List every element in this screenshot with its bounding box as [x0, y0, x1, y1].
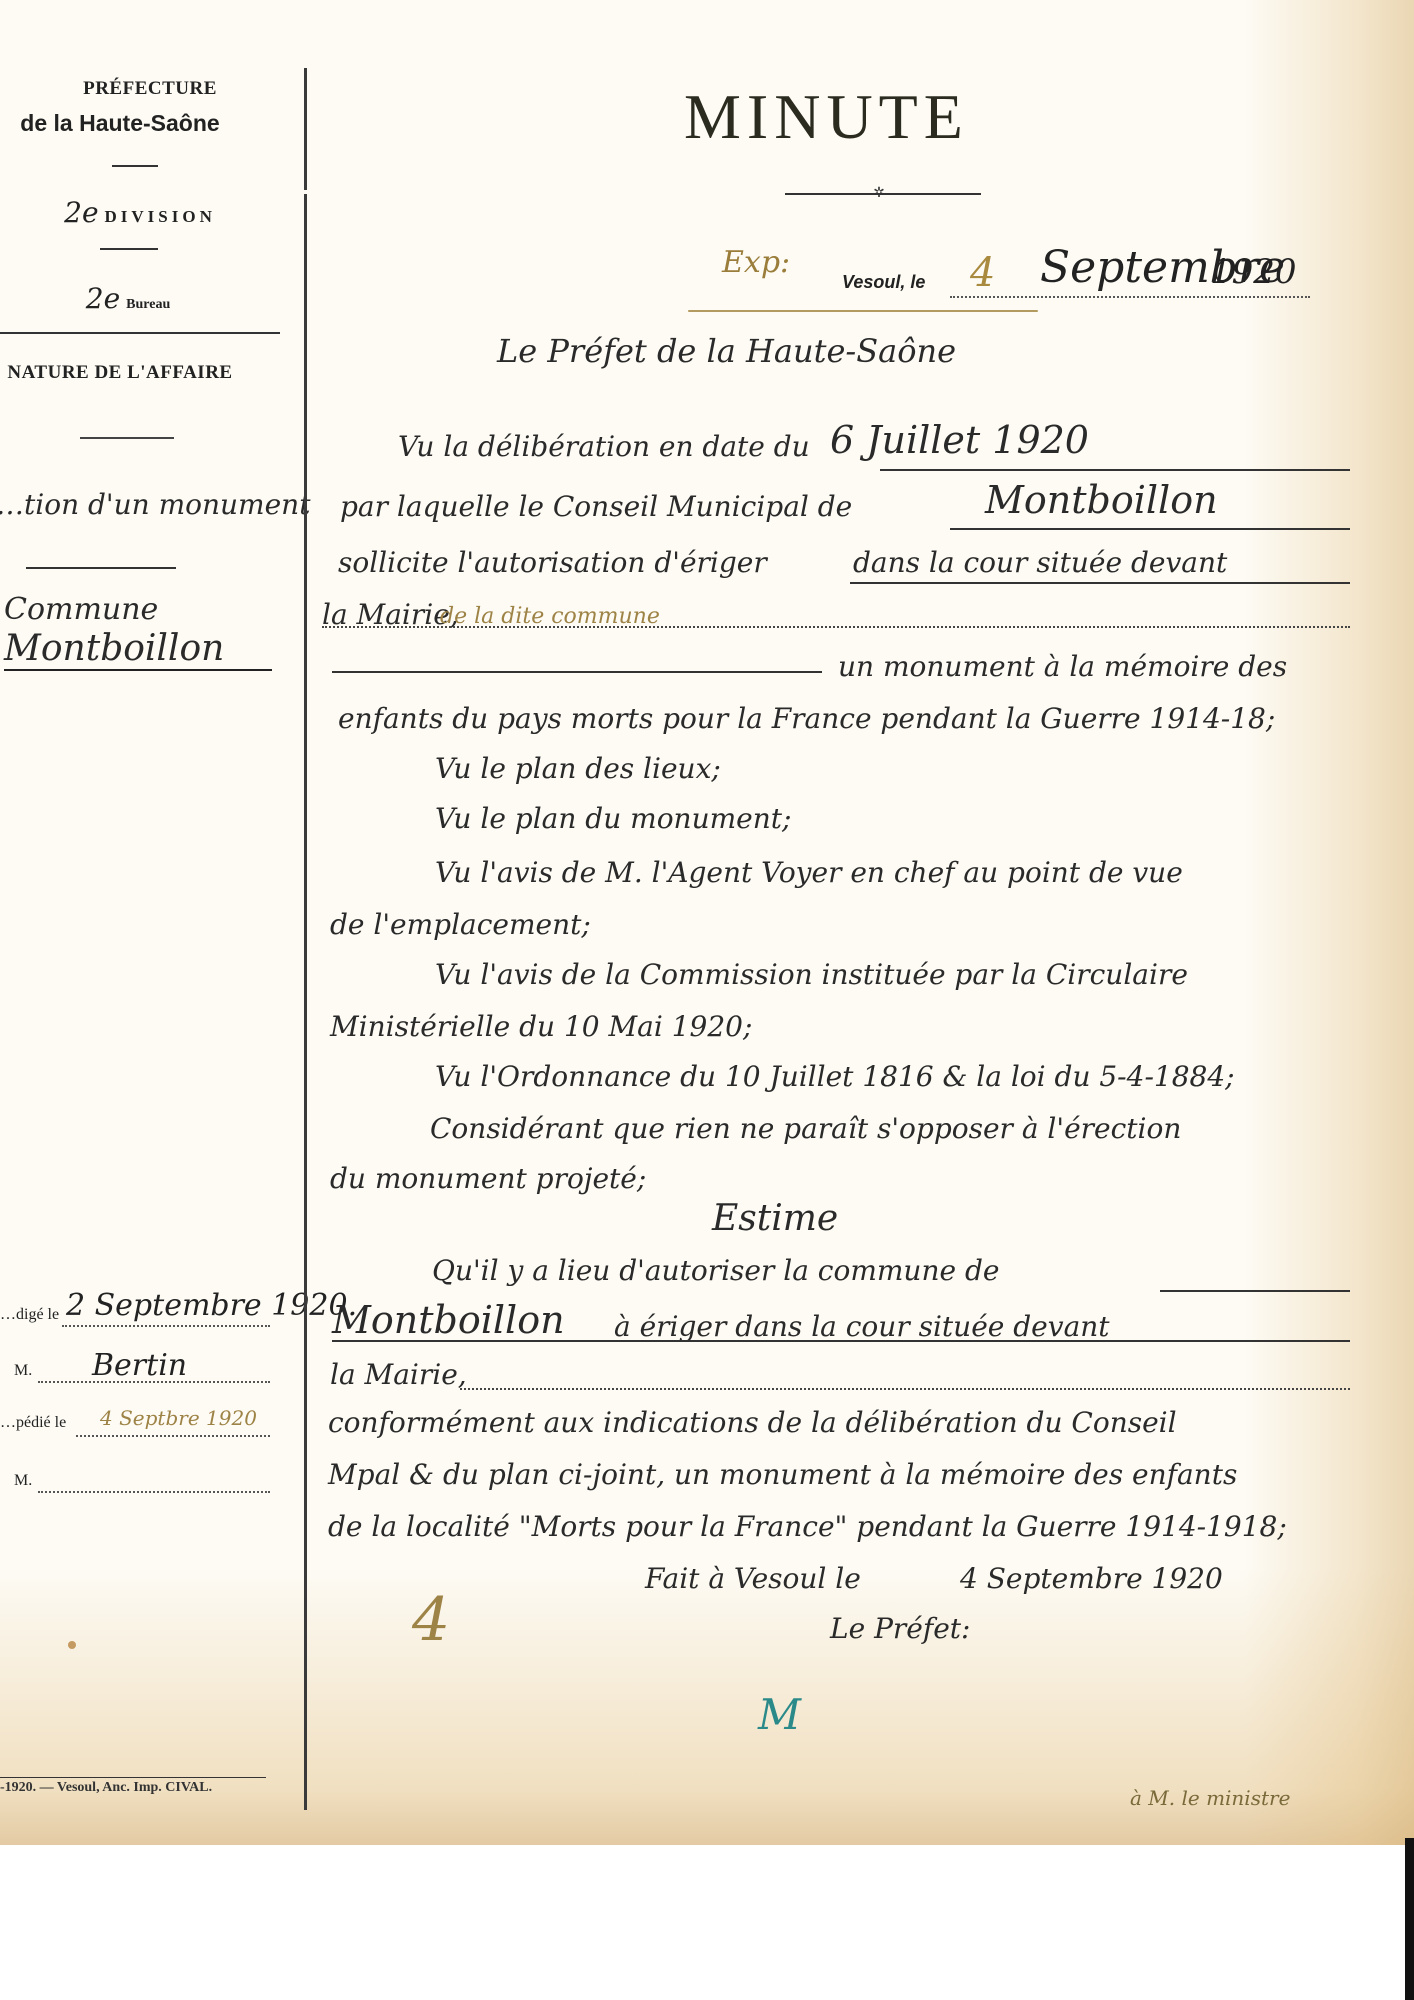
body-line-1-text: Vu la délibération en date du [398, 430, 810, 463]
fill-underline [460, 1388, 1350, 1390]
m1-value: Bertin [92, 1348, 187, 1383]
body-line-14: Considérant que rien ne paraît s'opposer… [430, 1112, 1181, 1145]
division-heading: 2eDIVISION [0, 196, 290, 229]
body-line-13: Vu l'Ordonnance du 10 Juillet 1816 & la … [435, 1060, 1235, 1093]
expedie-value: 4 Septbre 1920 [100, 1406, 257, 1430]
exp-note: Exp: [722, 245, 790, 280]
bureau-label: Bureau [126, 297, 170, 312]
scan-edge [1405, 1838, 1414, 2000]
body-line-12: Ministérielle du 10 Mai 1920; [330, 1010, 752, 1043]
divider-gap [303, 190, 309, 194]
place-label: Vesoul, le [842, 272, 925, 293]
fill-underline [1160, 1290, 1350, 1292]
ornament-rule [0, 332, 280, 334]
date-day: 4 [970, 250, 995, 296]
body-line-5: un monument à la mémoire des [838, 650, 1287, 683]
ink-stain [68, 1641, 76, 1649]
fait-a-label: Fait à Vesoul le [645, 1562, 861, 1595]
bureau-heading: 2eBureau [0, 282, 278, 315]
margin-mark: 4 [412, 1585, 450, 1655]
decision-line-1: Qu'il y a lieu d'autoriser la commune de [432, 1254, 999, 1287]
body-line-8: Vu le plan du monument; [435, 802, 791, 835]
fill-underline [332, 1340, 1350, 1342]
body-line-3-text: sollicite l'autorisation d'ériger [338, 546, 767, 579]
body-line-3-fill: dans la cour située devant [853, 546, 1227, 579]
body-line-2-fill: Montboillon [985, 478, 1218, 522]
decision-line-5: Mpal & du plan ci-joint, un monument à l… [328, 1458, 1237, 1491]
department-heading: de la Haute-Saône [0, 110, 270, 137]
addressee: Le Préfet de la Haute-Saône [497, 332, 956, 370]
date-year: 1920 [1210, 252, 1297, 292]
column-divider [304, 68, 307, 1810]
fill-underline [322, 626, 1350, 628]
fill-underline [950, 528, 1350, 530]
decision-line-2-fill: à ériger dans la cour située devant [614, 1310, 1110, 1343]
flower-ornament-icon: ✲ [871, 186, 887, 202]
affair-object: …tion d'un monument [0, 488, 310, 521]
body-line-2-text: par laquelle le Conseil Municipal de [340, 490, 852, 523]
division-number: 2e [64, 196, 98, 229]
nature-heading: NATURE DE L'AFFAIRE [0, 362, 270, 384]
ornament-divider [100, 248, 158, 250]
redige-value: 2 Septembre 1920. [66, 1288, 357, 1323]
estime-heading: Estime [712, 1198, 838, 1239]
body-line-10: de l'emplacement; [330, 908, 591, 941]
document-title: MINUTE [684, 80, 969, 154]
printer-imprint: -1920. — Vesoul, Anc. Imp. CIVAL. [0, 1780, 212, 1796]
commune-label: Commune [4, 592, 158, 627]
signature-title: Le Préfet: [830, 1612, 970, 1645]
fill-underline [850, 582, 1350, 584]
imprint-rule [0, 1777, 266, 1778]
dotted-line [38, 1490, 270, 1493]
body-line-11: Vu l'avis de la Commission instituée par… [435, 958, 1188, 991]
expedie-label: …pédié le [0, 1414, 66, 1432]
date-dotted-line [950, 296, 1310, 298]
bottom-note: à M. le ministre [1130, 1786, 1290, 1810]
fait-date: 4 Septembre 1920 [960, 1562, 1223, 1595]
ornament-divider [112, 165, 158, 167]
paraphe-signature: M [758, 1690, 801, 1739]
dotted-line [76, 1434, 270, 1437]
body-line-7: Vu le plan des lieux; [435, 752, 721, 785]
body-line-9: Vu l'avis de M. l'Agent Voyer en chef au… [435, 856, 1183, 889]
body-line-6: enfants du pays morts pour la France pen… [338, 702, 1275, 735]
prefecture-heading: PRÉFECTURE [0, 78, 300, 100]
division-label: DIVISION [105, 207, 216, 226]
decision-line-6: de la localité "Morts pour la France" pe… [328, 1510, 1287, 1543]
dotted-line [62, 1324, 270, 1327]
decision-line-2-name: Montboillon [332, 1298, 565, 1342]
commune-name: Montboillon [4, 628, 272, 671]
redige-label: …digé le [0, 1306, 59, 1324]
body-line-15: du monument projeté; [330, 1162, 646, 1195]
ornament-divider [80, 437, 174, 439]
body-line-1-fill: 6 Juillet 1920 [830, 418, 1089, 462]
decision-line-3: la Mairie, [330, 1358, 467, 1391]
blank-line [332, 671, 822, 673]
separator-line [26, 567, 176, 569]
m2-label: M. [14, 1472, 32, 1490]
decision-line-4: conformément aux indications de la délib… [328, 1406, 1177, 1439]
bureau-number: 2e [86, 282, 120, 315]
m1-label: M. [14, 1362, 32, 1380]
exp-underline [688, 310, 1038, 312]
fill-underline [880, 469, 1350, 471]
